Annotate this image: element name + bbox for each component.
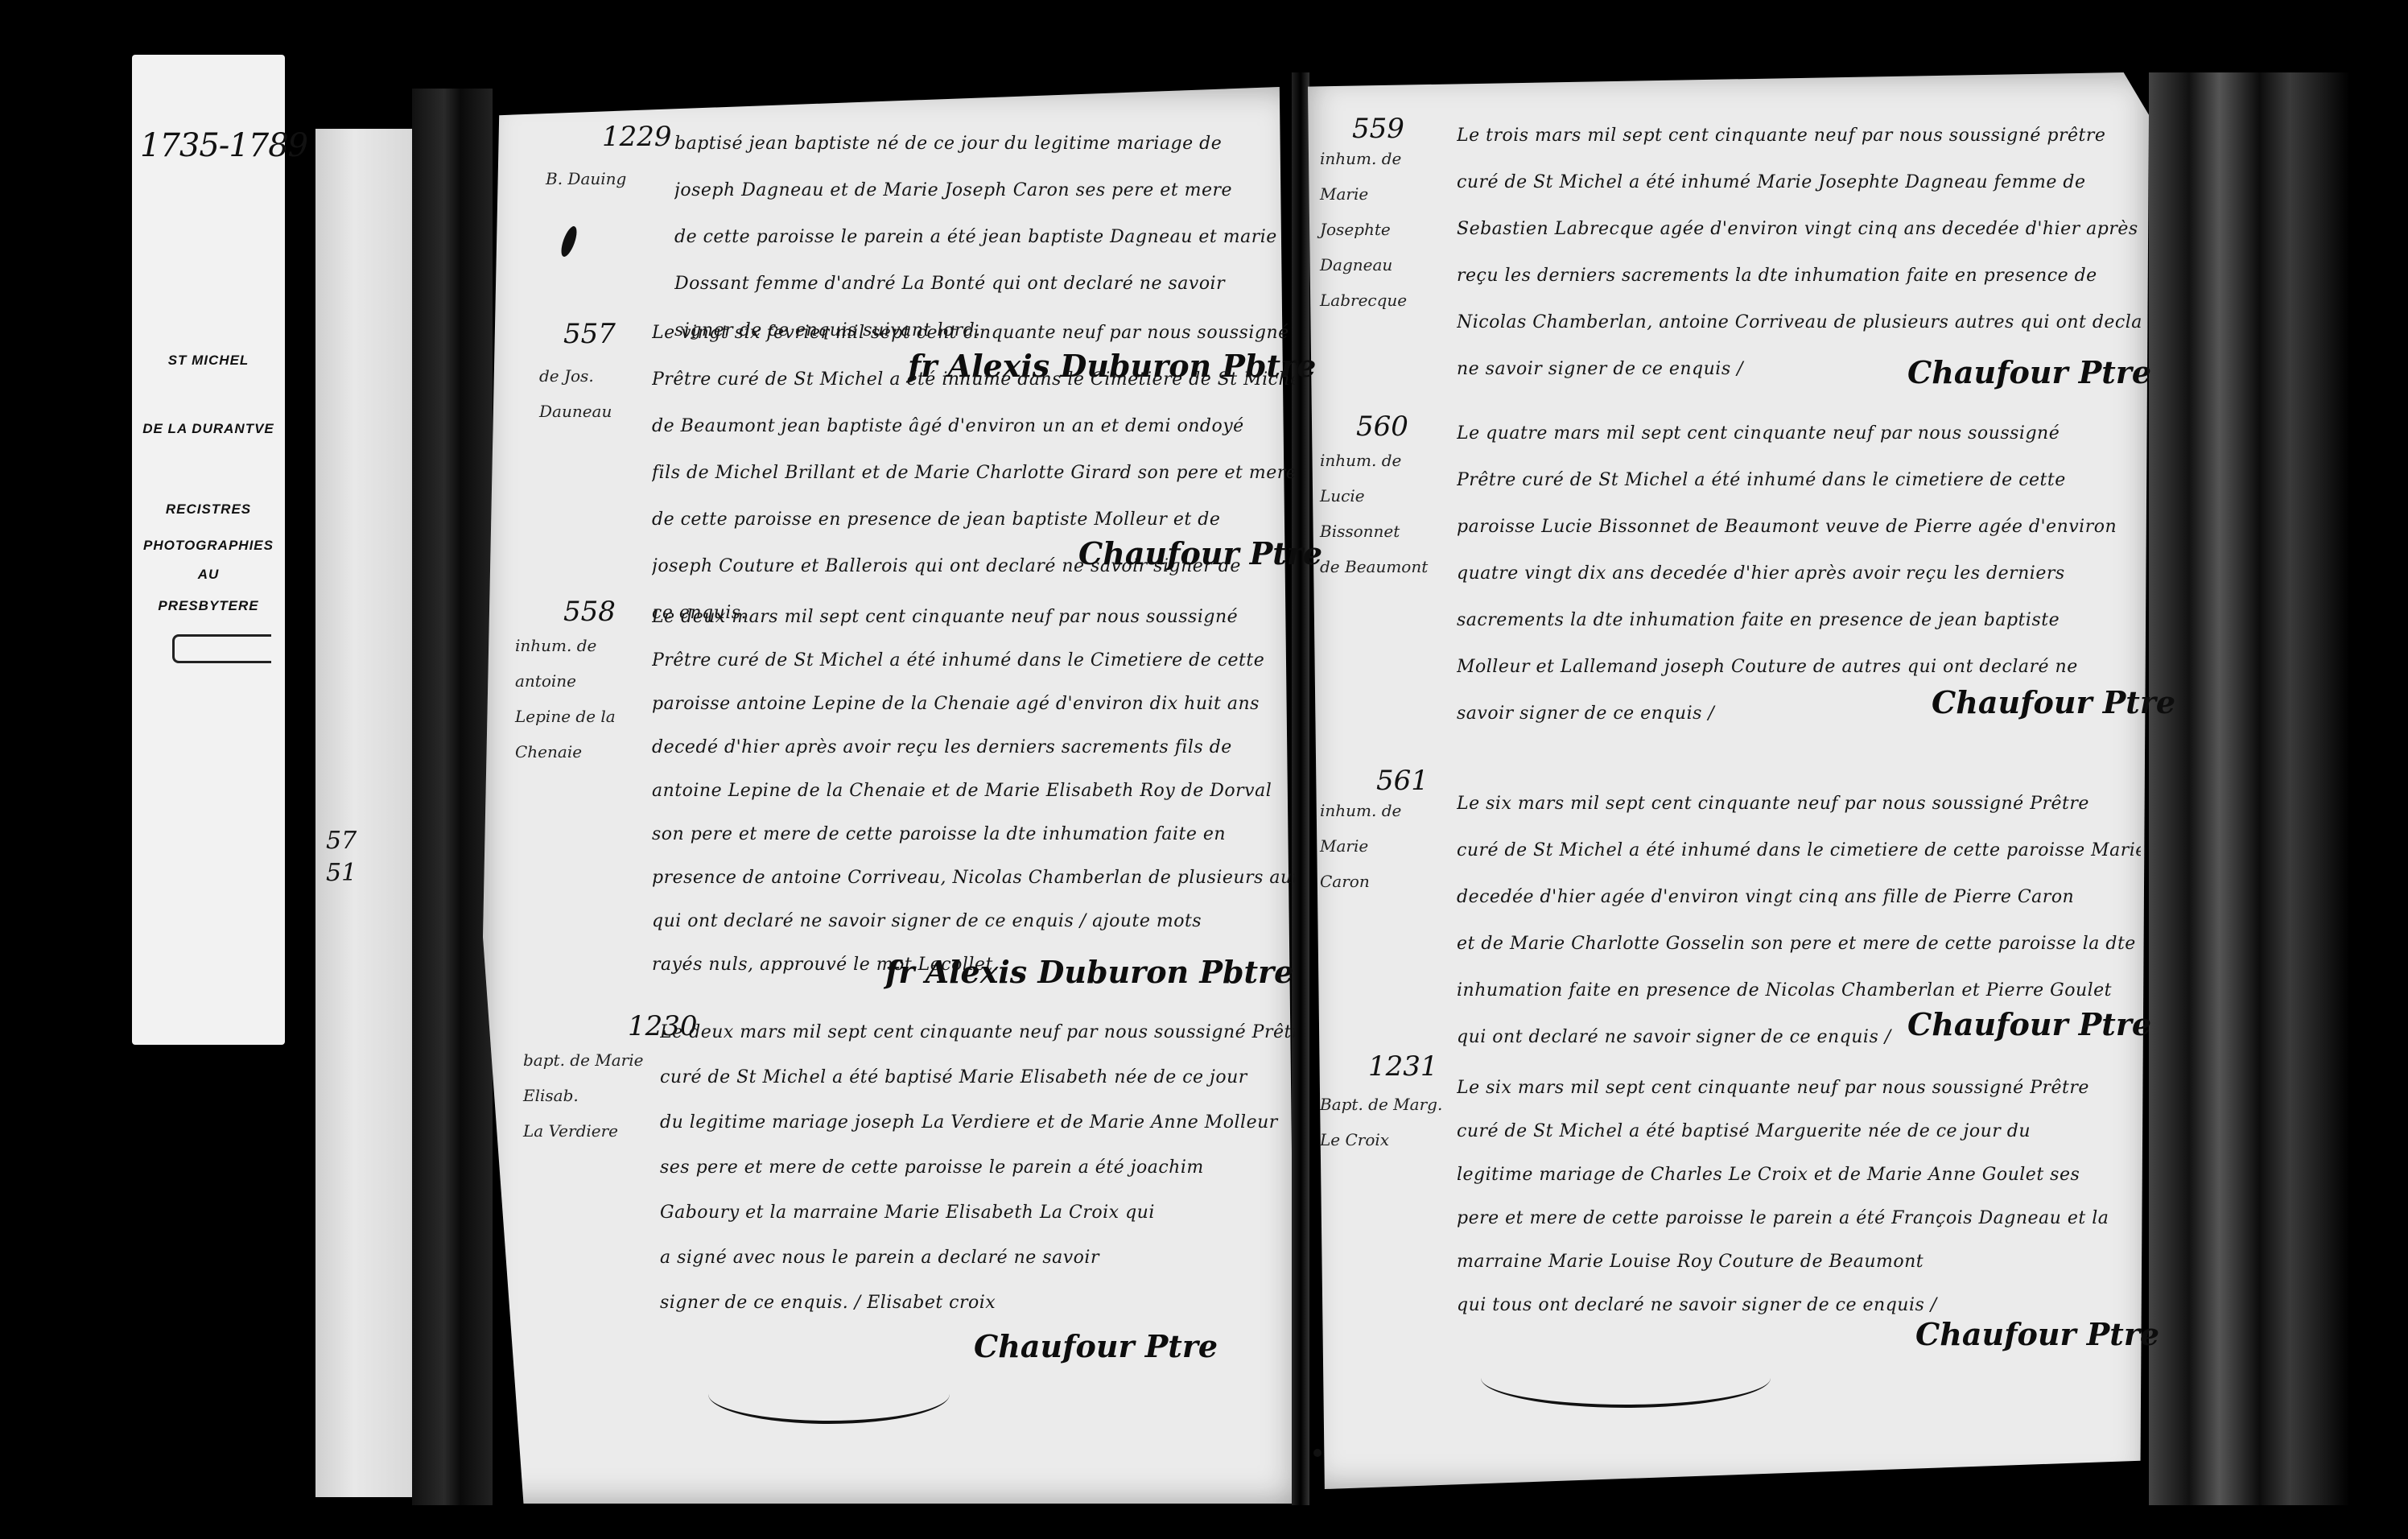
entry-margin-note: B. Dauing bbox=[546, 161, 626, 196]
entry-margin-note: inhum. de Marie Josephte Dagneau Labrecq… bbox=[1320, 141, 1449, 318]
label-parish-line-1: ST MICHEL bbox=[132, 353, 285, 369]
label-years: 1735-1789 bbox=[140, 127, 307, 164]
entry-margin-note: inhum. de antoine Lepine de la Chenaie bbox=[515, 628, 628, 769]
ink-mark bbox=[1313, 1449, 1322, 1457]
label-registers: RECISTRES bbox=[132, 501, 285, 518]
flourish-decoration bbox=[708, 1364, 950, 1424]
signature: Chaufour Ptre bbox=[1915, 1316, 2159, 1352]
entry-number: 557 bbox=[563, 318, 616, 350]
signature: Chaufour Ptre bbox=[1932, 684, 2175, 720]
label-au: AU bbox=[132, 567, 285, 583]
signature: Chaufour Ptre bbox=[1078, 535, 1322, 571]
stub-marks: 57 51 bbox=[326, 825, 357, 889]
stub-mark-2: 51 bbox=[326, 857, 357, 889]
label-tab bbox=[172, 634, 271, 663]
entry-margin-note: de Jos. Dauneau bbox=[539, 358, 628, 429]
entry-number: 560 bbox=[1356, 411, 1408, 443]
stub-mark-1: 57 bbox=[326, 825, 357, 857]
left-gutter bbox=[412, 89, 493, 1505]
signature: fr Alexis Duburon Pbtre bbox=[885, 954, 1293, 990]
entry-text: Le deux mars mil sept cent cinquante neu… bbox=[652, 596, 1296, 987]
signature: Chaufour Ptre bbox=[974, 1328, 1218, 1364]
entry-margin-note: inhum. de Lucie Bissonnet de Beaumont bbox=[1320, 443, 1449, 584]
entry-text: Le deux mars mil sept cent cinquante neu… bbox=[660, 1010, 1296, 1326]
label-presbytery: PRESBYTERE bbox=[132, 598, 285, 614]
signature: Chaufour Ptre bbox=[1907, 1006, 2151, 1042]
entry-margin-note: bapt. de Marie Elisab. La Verdiere bbox=[523, 1042, 652, 1149]
right-page-edges bbox=[2149, 72, 2350, 1505]
entry-number: 559 bbox=[1352, 113, 1404, 145]
entry-number: 1231 bbox=[1368, 1050, 1438, 1083]
entry-text: Le vingt six fevrier mil sept cent cinqu… bbox=[652, 310, 1296, 637]
left-stub-edge bbox=[315, 129, 412, 1497]
entry-text: Le six mars mil sept cent cinquante neuf… bbox=[1457, 1067, 2141, 1327]
entry-number: 561 bbox=[1376, 765, 1429, 797]
entry-text: Le trois mars mil sept cent cinquante ne… bbox=[1457, 113, 2141, 393]
entry-margin-note: inhum. de Marie Caron bbox=[1320, 793, 1449, 899]
entry-margin-note: Bapt. de Marg. Le Croix bbox=[1320, 1087, 1449, 1157]
flourish-decoration bbox=[1481, 1348, 1771, 1408]
archive-label-card: 1735-1789 ST MICHEL DE LA DURANTVE RECIS… bbox=[132, 55, 285, 1045]
signature: Chaufour Ptre bbox=[1907, 354, 2151, 390]
entry-number: 558 bbox=[563, 596, 616, 628]
entry-number: 1229 bbox=[602, 121, 672, 153]
label-parish-line-2: DE LA DURANTVE bbox=[132, 421, 285, 437]
label-photographed: PHOTOGRAPHIES bbox=[132, 538, 285, 554]
